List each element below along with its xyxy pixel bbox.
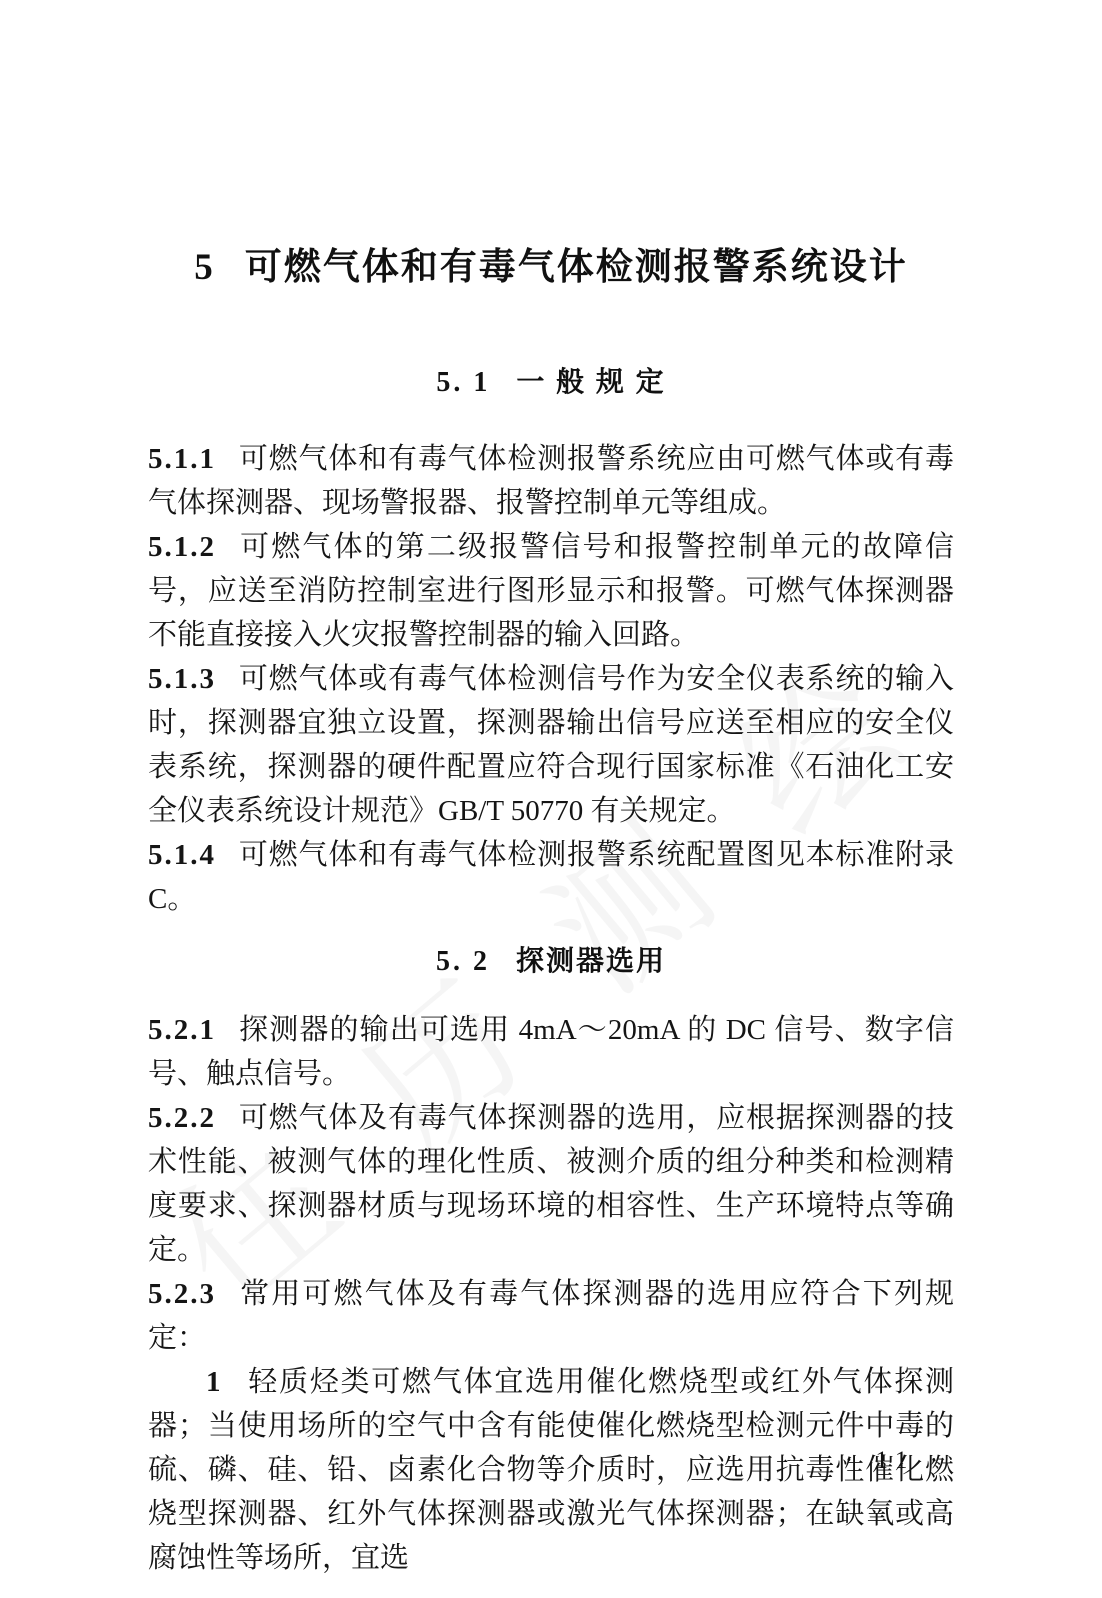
clause-number: 5.1.2 [148, 531, 216, 563]
clause-text: 可燃气体和有毒气体检测报警系统配置图见本标准附录 C。 [148, 839, 954, 915]
section-5-1-number: 5. 1 [436, 367, 490, 398]
list-item-text: 轻质烃类可燃气体宜选用催化燃烧型或红外气体探测器；当使用场所的空气中含有能使催化… [148, 1366, 954, 1574]
list-item-number: 1 [206, 1366, 221, 1398]
clause-text: 可燃气体及有毒气体探测器的选用，应根据探测器的技术性能、被测气体的理化性质、被测… [148, 1102, 954, 1266]
section-5-2-title: 探测器选用 [516, 945, 666, 976]
clause-number: 5.2.2 [148, 1102, 216, 1134]
clause-5-1-3: 5.1.3可燃气体或有毒气体检测信号作为安全仪表系统的输入时，探测器宜独立设置，… [148, 657, 954, 833]
section-heading-5-1: 5. 1一 般 规 定 [148, 366, 954, 399]
clause-5-2-3-item-1: 1轻质烃类可燃气体宜选用催化燃烧型或红外气体探测器；当使用场所的空气中含有能使催… [148, 1360, 954, 1580]
chapter-title: 5可燃气体和有毒气体检测报警系统设计 [148, 244, 954, 292]
chapter-title-text: 可燃气体和有毒气体检测报警系统设计 [245, 247, 908, 288]
clause-text: 常用可燃气体及有毒气体探测器的选用应符合下列规定： [148, 1278, 954, 1354]
page-content: 5可燃气体和有毒气体检测报警系统设计 5. 1一 般 规 定 5.1.1可燃气体… [148, 0, 954, 1580]
document-page: 住历测绘 5可燃气体和有毒气体检测报警系统设计 5. 1一 般 规 定 5.1.… [0, 0, 1102, 1598]
clause-number: 5.1.4 [148, 839, 216, 871]
clause-number: 5.2.1 [148, 1014, 216, 1046]
clause-5-2-3: 5.2.3常用可燃气体及有毒气体探测器的选用应符合下列规定： [148, 1272, 954, 1360]
section-5-2-number: 5. 2 [436, 946, 490, 977]
clause-number: 5.1.1 [148, 443, 216, 475]
page-number: · 11 · [845, 1446, 946, 1476]
clause-5-2-2: 5.2.2可燃气体及有毒气体探测器的选用，应根据探测器的技术性能、被测气体的理化… [148, 1096, 954, 1272]
section-heading-5-2: 5. 2探测器选用 [148, 945, 954, 978]
clause-text: 可燃气体或有毒气体检测信号作为安全仪表系统的输入时，探测器宜独立设置，探测器输出… [148, 663, 954, 827]
clause-text: 可燃气体和有毒气体检测报警系统应由可燃气体或有毒气体探测器、现场警报器、报警控制… [148, 443, 954, 519]
clause-5-1-1: 5.1.1可燃气体和有毒气体检测报警系统应由可燃气体或有毒气体探测器、现场警报器… [148, 437, 954, 525]
section-5-1-title: 一 般 规 定 [516, 366, 665, 397]
chapter-number: 5 [194, 247, 215, 288]
clause-5-1-2: 5.1.2可燃气体的第二级报警信号和报警控制单元的故障信号，应送至消防控制室进行… [148, 525, 954, 657]
clause-text: 探测器的输出可选用 4mA～20mA 的 DC 信号、数字信号、触点信号。 [148, 1014, 954, 1090]
clause-number: 5.1.3 [148, 663, 216, 695]
clause-number: 5.2.3 [148, 1278, 216, 1310]
clause-5-1-4: 5.1.4可燃气体和有毒气体检测报警系统配置图见本标准附录 C。 [148, 833, 954, 921]
clause-text: 可燃气体的第二级报警信号和报警控制单元的故障信号，应送至消防控制室进行图形显示和… [148, 531, 954, 651]
clause-5-2-1: 5.2.1探测器的输出可选用 4mA～20mA 的 DC 信号、数字信号、触点信… [148, 1008, 954, 1096]
